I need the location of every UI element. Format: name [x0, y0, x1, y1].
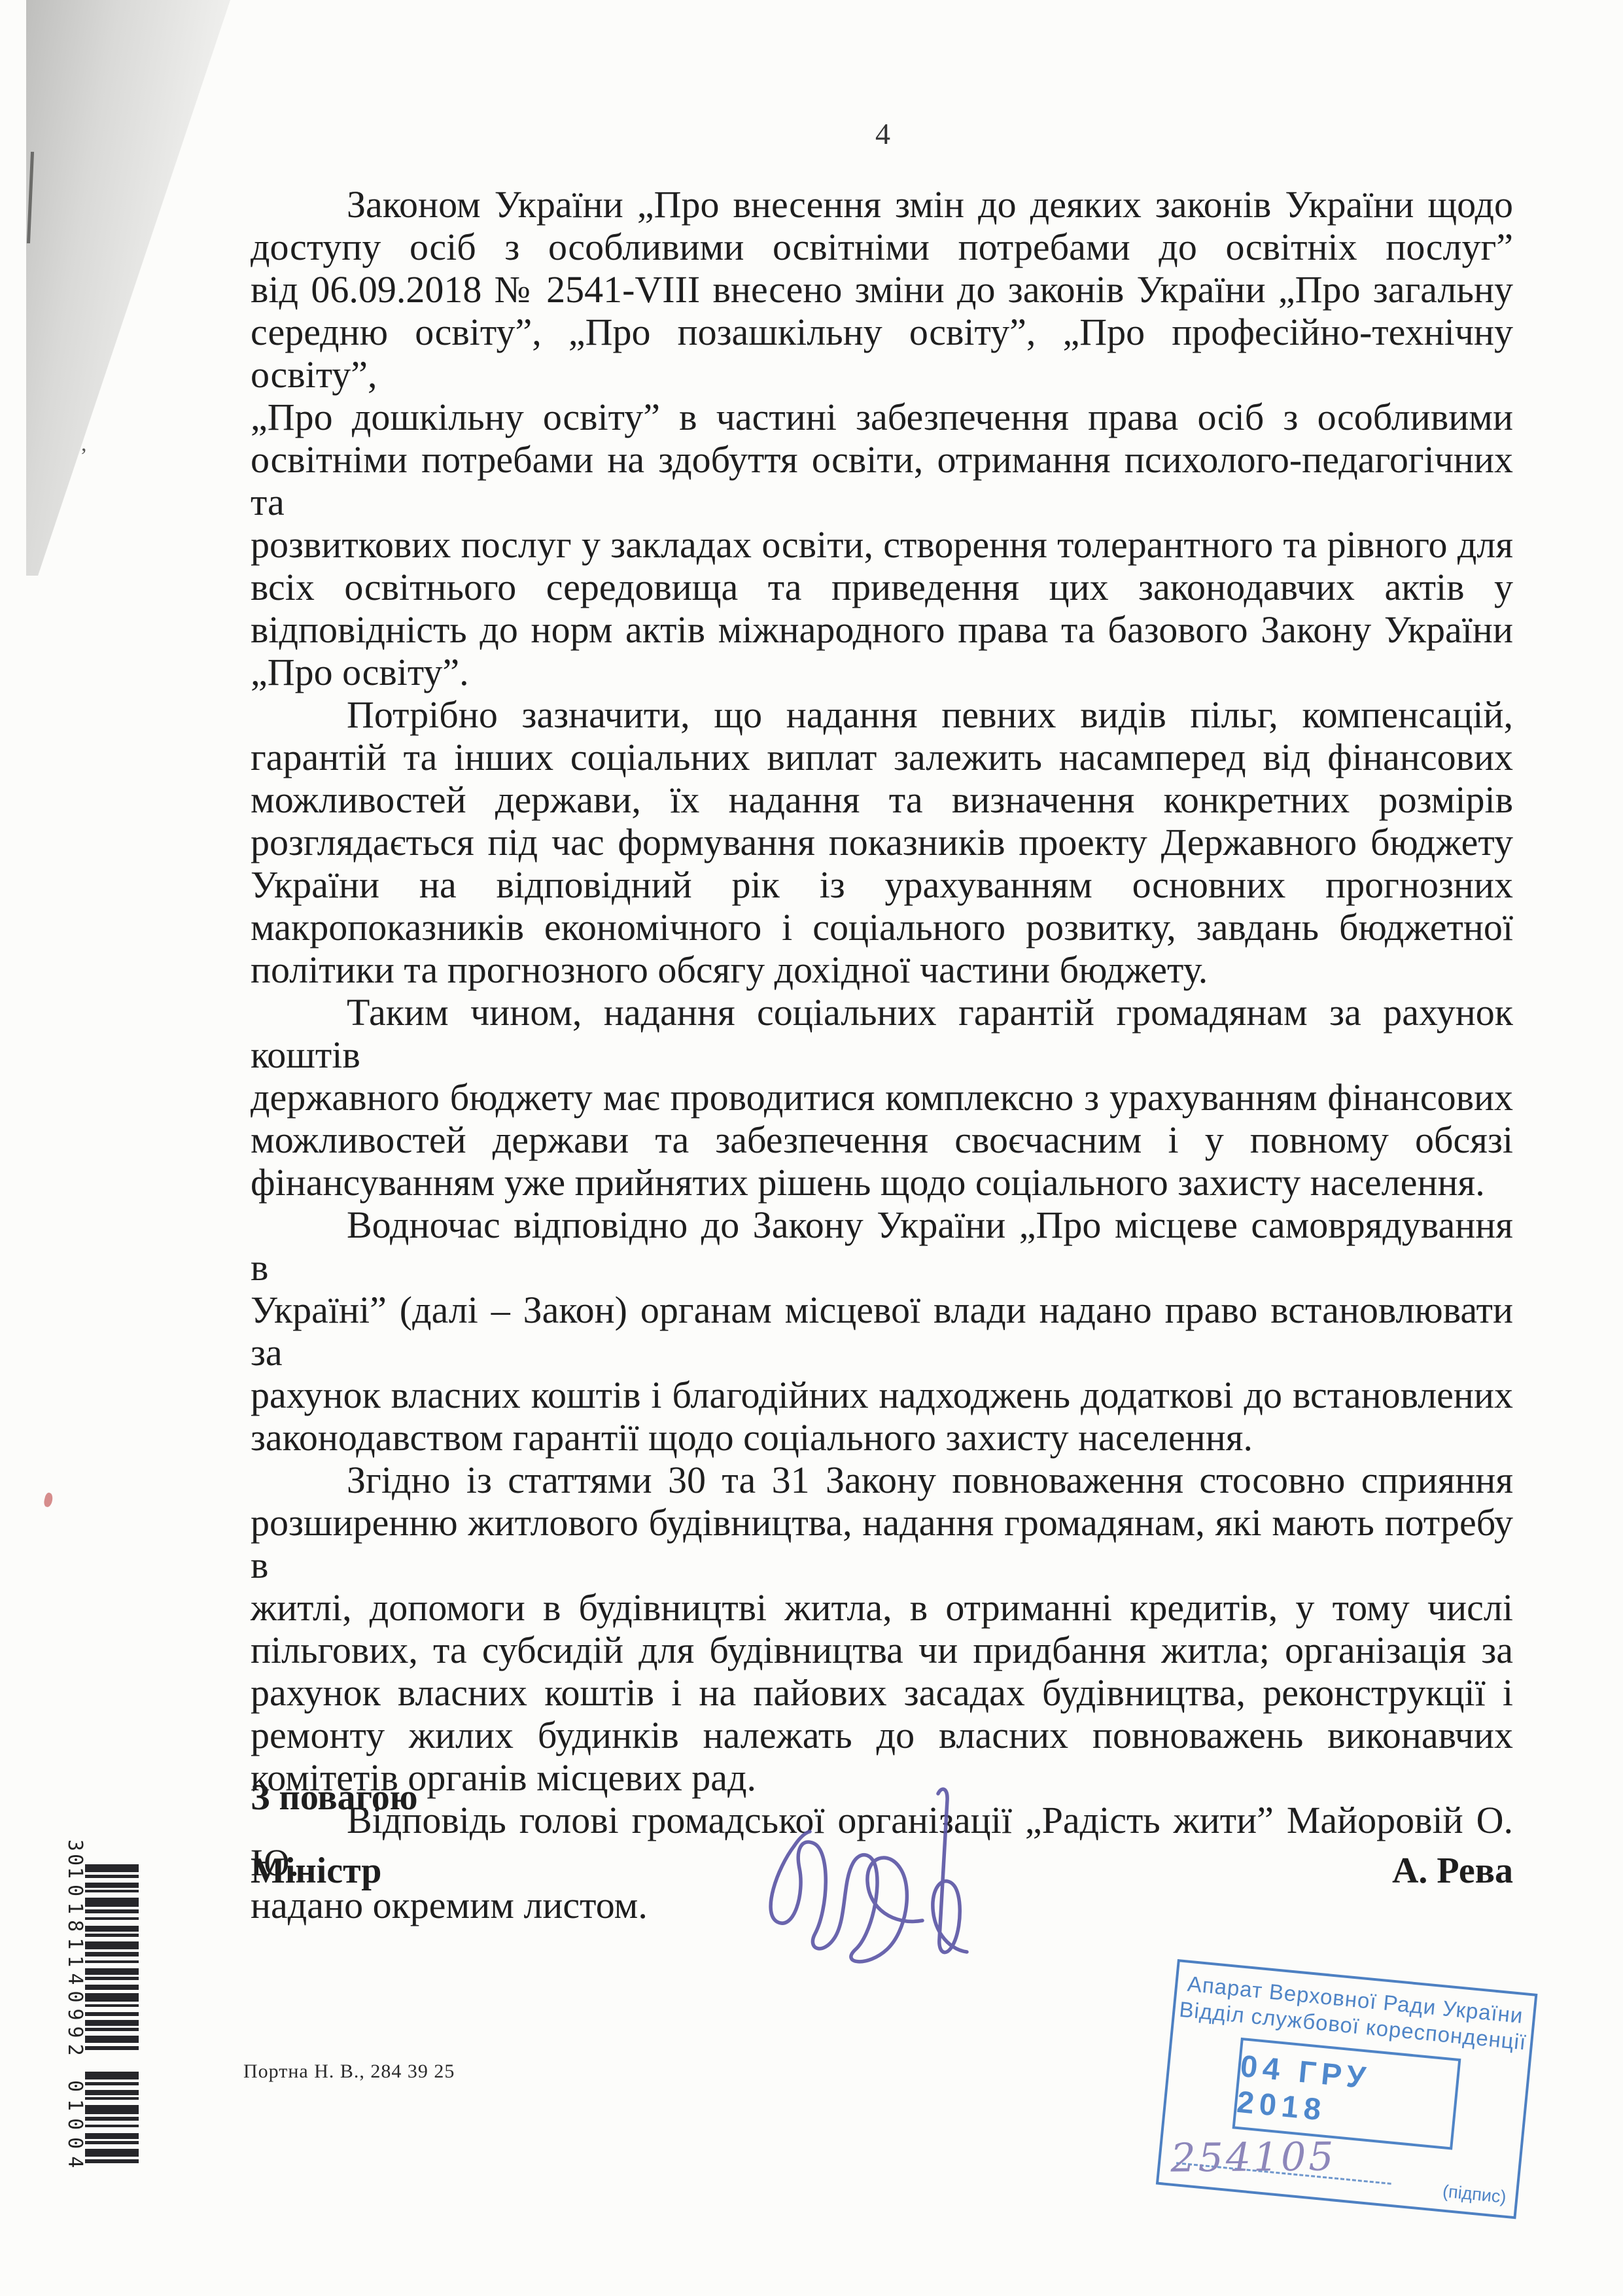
- body-line: державного бюджету має проводитися компл…: [251, 1076, 1513, 1119]
- stamp-date: 04 ГРУ 2018: [1235, 2047, 1457, 2140]
- handwritten-signature: [731, 1783, 1013, 1973]
- barcode-bar: [85, 1952, 139, 1957]
- body-line: середню освіту”, „Про позашкільну освіту…: [251, 311, 1513, 396]
- scan-speck-artifact: ,: [81, 432, 87, 457]
- scan-red-mark-artifact: [43, 1492, 54, 1508]
- barcode-bar: [85, 2097, 139, 2100]
- stamp-date-box: 04 ГРУ 2018: [1232, 2038, 1461, 2150]
- barcode-bar: [85, 1960, 139, 1963]
- barcode-bar: [85, 1890, 139, 1892]
- body-line: всіх освітнього середовища та приведення…: [251, 566, 1513, 608]
- letter-body: Законом України „Про внесення змін до де…: [251, 183, 1513, 1926]
- barcode-digits-block2: 01004: [63, 2080, 86, 2175]
- barcode-bar: [85, 1977, 139, 1980]
- barcode-bar: [85, 2028, 139, 2031]
- scanned-letter-page: , 4 Законом України „Про внесення змін д…: [0, 0, 1623, 2296]
- stamp-org-name: Апарат Верховної Ради України Відділ слу…: [1174, 1970, 1534, 2056]
- barcode-bar: [85, 2046, 139, 2050]
- barcode-bar: [85, 1875, 139, 1878]
- body-line: пільгових, та субсидій для будівництва ч…: [251, 1629, 1513, 1671]
- barcode-bar: [85, 1934, 139, 1937]
- signer-position: Міністр: [251, 1850, 381, 1892]
- body-line: Україні” (далі – Закон) органам місцевої…: [251, 1289, 1513, 1374]
- barcode-digits-block1: 10181140992: [63, 1867, 86, 2062]
- body-line: „Про освіту”.: [251, 651, 1513, 693]
- barcode-digits-top: 30: [63, 1839, 86, 1868]
- barcode-bar: [85, 2125, 139, 2127]
- barcode-bar: [85, 1864, 139, 1872]
- body-line: законодавством гарантії щодо соціального…: [251, 1416, 1513, 1459]
- barcode-bar: [85, 1917, 139, 1920]
- body-line: Законом України „Про внесення змін до де…: [251, 183, 1513, 226]
- body-line: житлі, допомоги в будівництві житла, в о…: [251, 1586, 1513, 1629]
- body-line: відповідність до норм актів міжнародного…: [251, 608, 1513, 651]
- barcode-bar: [85, 1993, 139, 2002]
- stamp-handwritten-number: 254105: [1170, 2134, 1336, 2181]
- stamp-signature-label: (підпис): [1442, 2182, 1507, 2208]
- body-line: Водночас відповідно до Закону України „П…: [251, 1204, 1513, 1289]
- barcode-digits: 30 10181140992 01004: [65, 1838, 86, 2168]
- body-line: освітніми потребами на здобуття освіти, …: [251, 438, 1513, 523]
- barcode-bars: [85, 1838, 139, 2163]
- barcode-bar: [85, 1941, 139, 1949]
- barcode-bar: [85, 2090, 139, 2095]
- barcode-bar: [85, 2133, 139, 2139]
- closing-regards: З повагою: [251, 1777, 418, 1818]
- barcode-bar: [85, 2141, 139, 2144]
- body-line: можливостей держави, їх надання та визна…: [251, 778, 1513, 821]
- body-line: політики та прогнозного обсягу дохідної …: [251, 948, 1513, 991]
- barcode: 30 10181140992 01004: [65, 1838, 139, 2168]
- body-line: розширенню житлового будівництва, наданн…: [251, 1501, 1513, 1586]
- barcode-bar: [85, 2082, 139, 2085]
- barcode-bar: [85, 2020, 139, 2026]
- barcode-bar: [85, 2072, 139, 2079]
- registry-stamp: Апарат Верховної Ради України Відділ слу…: [1156, 1959, 1538, 2219]
- body-line: „Про дошкільну освіту” в частині забезпе…: [251, 396, 1513, 438]
- barcode-bar: [85, 2105, 139, 2114]
- barcode-bar: [85, 2012, 139, 2016]
- footer-reference: Портна Н. В., 284 39 25: [243, 2061, 455, 2083]
- barcode-bar: [85, 1898, 139, 1907]
- body-line: Згідно із статтями 30 та 31 Закону повно…: [251, 1459, 1513, 1501]
- barcode-bar: [85, 2117, 139, 2121]
- body-line: від 06.09.2018 № 2541-VIII внесено зміни…: [251, 268, 1513, 311]
- body-line: фінансуванням уже прийнятих рішень щодо …: [251, 1161, 1513, 1204]
- body-line: рахунок власних коштів і на пайових заса…: [251, 1671, 1513, 1714]
- barcode-bar: [85, 1909, 139, 1913]
- body-line: ремонту жилих будинків належать до власн…: [251, 1714, 1513, 1756]
- body-line: гарантій та інших соціальних виплат зале…: [251, 736, 1513, 778]
- barcode-bar: [85, 2159, 139, 2163]
- body-line: України на відповідний рік із урахування…: [251, 863, 1513, 906]
- barcode-bar: [85, 1985, 139, 1990]
- page-number: 4: [875, 116, 890, 151]
- body-line: розглядається під час формування показни…: [251, 821, 1513, 863]
- body-line: Таким чином, надання соціальних гарантій…: [251, 991, 1513, 1076]
- signer-name: А. Рева: [1392, 1850, 1513, 1892]
- barcode-bar: [85, 2149, 139, 2157]
- barcode-bar: [85, 1968, 139, 1975]
- body-line: можливостей держави та забезпечення своє…: [251, 1119, 1513, 1161]
- scan-corner-fold-artifact: [0, 0, 236, 589]
- body-line: розвиткових послуг у закладах освіти, ст…: [251, 523, 1513, 566]
- body-line: рахунок власних коштів і благодійних над…: [251, 1374, 1513, 1416]
- body-line: макропоказників економічного і соціально…: [251, 906, 1513, 948]
- barcode-bar: [85, 2036, 139, 2043]
- body-line: Потрібно зазначити, що надання певних ви…: [251, 693, 1513, 736]
- barcode-bar: [85, 2004, 139, 2007]
- barcode-bar: [85, 1883, 139, 1888]
- barcode-bar: [85, 1926, 139, 1932]
- body-line: доступу осіб з особливими освітніми потр…: [251, 226, 1513, 268]
